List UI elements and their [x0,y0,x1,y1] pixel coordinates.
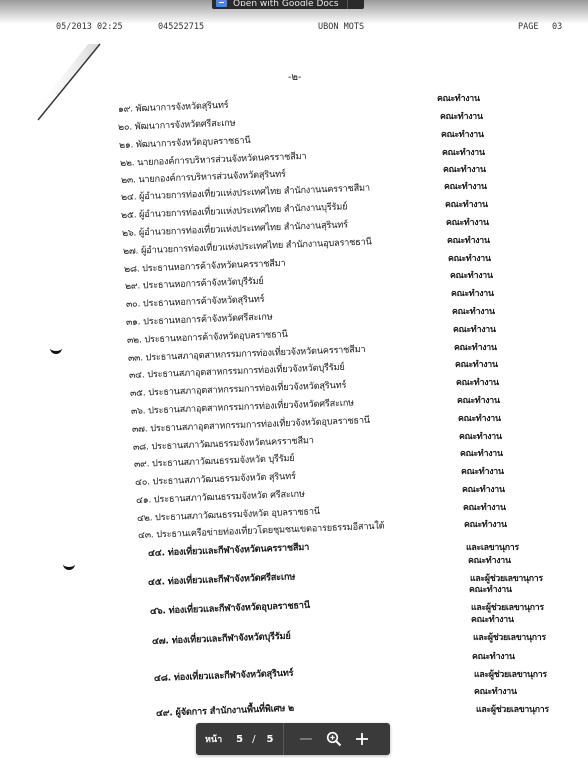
document-page-marker: -๒- [288,70,301,85]
fax-date: 05/2013 [56,22,92,32]
document-role-label: คณะทำงาน [461,464,504,478]
document-list-item: ๔๕. ท่องเที่ยวและกีฬาจังหวัดศรีสะเกษ [148,569,296,590]
document-list-item: ๔๙. ผู้จัดการ สำนักงานพื้นที่พิเศษ ๒ [156,701,295,721]
document-role-label: คณะทำงาน [462,482,505,496]
document-list-item: ๔๗. ท่องเที่ยวและกีฬาจังหวัดบุรีรัมย์ [152,629,291,649]
plus-icon [355,732,369,746]
zoom-fit-button[interactable] [320,725,348,753]
document-role-label: คณะทำงาน [453,322,496,336]
document-role-label: และผู้ช่วยเลขานุการ [476,702,549,716]
document-role-label: และเลขานุการ [466,540,519,554]
page-label: หน้า [205,732,222,746]
document-list-item: ๒๙. ประธานหอการค้าจังหวัดบุรีรัมย์ [125,274,264,294]
scan-artifact-streak [18,42,118,122]
document-list-item: ๔๔. ท่องเที่ยวและกีฬาจังหวัดนครราชสีมา [148,540,310,561]
hole-punch-mark [50,346,62,354]
document-role-label: คณะทำงาน [474,684,517,698]
document-role-label: และผู้ช่วยเลขานุการ [474,667,547,681]
document-role-label: คณะทำงาน [468,553,511,567]
document-role-label: คณะทำงาน [437,91,480,105]
current-page[interactable]: 5 [236,734,243,745]
document-list-item: ๑๙. พัฒนาการจังหวัดสุรินทร์ [118,98,229,117]
fax-header: 05/2013 02:25 045252715 UBON MOTS PAGE 0… [0,22,588,36]
open-with-label: Open with Google Docs [233,0,339,6]
fax-number: 045252715 [158,22,204,32]
document-role-label: คณะทำงาน [441,127,484,141]
document-list-item: ๔๘. ท่องเที่ยวและกีฬาจังหวัดสุรินทร์ [154,666,294,686]
minus-icon [299,732,313,746]
document-role-label: คณะทำงาน [447,233,490,247]
total-pages: 5 [266,734,273,745]
zoom-in-button[interactable] [348,725,376,753]
document-role-label: คณะทำงาน [463,500,506,514]
page-separator: / [252,734,255,745]
document-role-label: คณะทำงาน [444,179,487,193]
fax-page-label: PAGE [518,22,538,32]
document-role-label: คณะทำงาน [445,197,488,211]
document-role-label: คณะทำงาน [450,268,493,282]
page-toolbar: หน้า 5 / 5 [196,723,390,755]
document-list-item: ๒๑. พัฒนาการจังหวัดอุบลราชธานี [119,133,251,153]
document-role-label: คณะทำงาน [464,517,507,531]
document-role-label: คณะทำงาน [460,446,503,460]
document-role-label: คณะทำงาน [455,357,498,371]
document-role-label: คณะทำงาน [471,612,514,626]
document-role-label: คณะทำงาน [457,393,500,407]
open-with-button[interactable]: Open with Google Docs [212,0,364,9]
document-role-label: คณะทำงาน [446,215,489,229]
fax-time: 02:25 [97,22,123,32]
document-role-label: คณะทำงาน [454,340,497,354]
document-role-label: คณะทำงาน [451,286,494,300]
google-docs-icon [216,0,227,7]
open-with-divider [347,0,348,9]
document-role-label: คณะทำงาน [469,582,512,596]
document-list-item: ๓๐. ประธานหอการค้าจังหวัดสุรินทร์ [126,292,265,312]
document-role-label: คณะทำงาน [448,251,491,265]
document-role-label: คณะทำงาน [442,145,485,159]
magnifier-icon [326,731,342,747]
hole-punch-mark [63,562,75,570]
document-role-label: คณะทำงาน [459,429,502,443]
document-list-item: ๓๑. ประธานหอการค้าจังหวัดศรีสะเกษ [126,309,273,330]
document-role-label: คณะทำงาน [443,162,486,176]
document-role-label: คณะทำงาน [440,109,483,123]
document-role-label: คณะทำงาน [472,649,515,663]
document-role-label: และผู้ช่วยเลขานุการ [473,630,546,644]
zoom-out-button[interactable] [292,725,320,753]
document-list-item: ๒๐. พัฒนาการจังหวัดศรีสะเกษ [118,115,236,134]
document-role-label: คณะทำงาน [452,304,495,318]
fax-sender: UBON MOTS [318,22,364,32]
page-indicator[interactable]: หน้า 5 / 5 [196,723,284,755]
fax-page-number: 03 [552,22,562,32]
document-role-label: คณะทำงาน [456,375,499,389]
document-role-label: คณะทำงาน [458,411,501,425]
document-list-item: ๔๖. ท่องเที่ยวและกีฬาจังหวัดอุบลราชธานี [150,598,310,619]
